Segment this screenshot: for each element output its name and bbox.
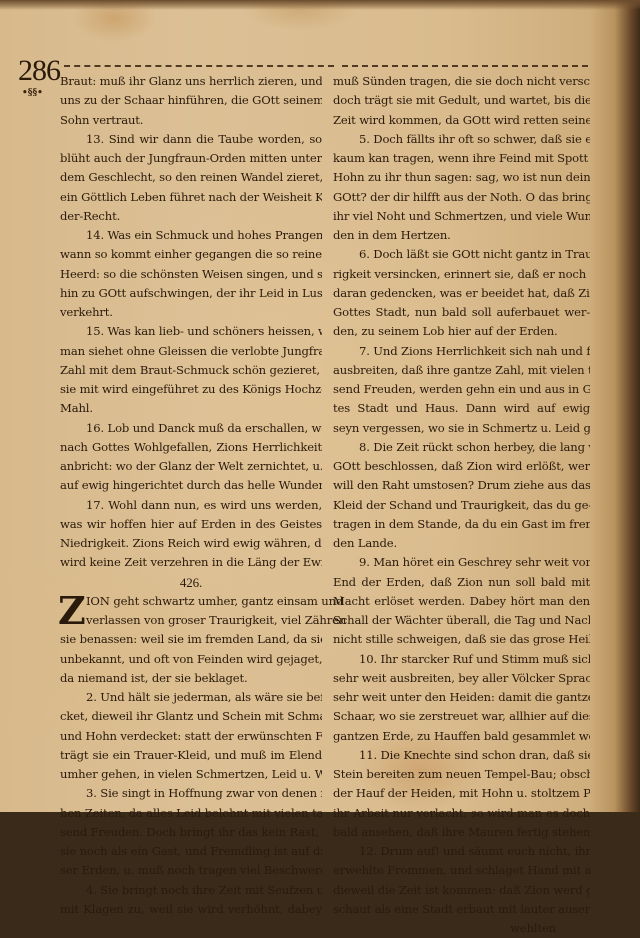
text-line: Hohn zu ihr thun sagen: sag, wo ist nun …: [333, 168, 590, 187]
text-line: da niemand ist, der sie beklaget.: [60, 669, 322, 688]
text-line: hen Zeiten, da alles Leid belohnt mit vi…: [60, 804, 322, 813]
text-line: Zeit wird kommen, da GOtt wird retten se…: [333, 111, 590, 130]
text-line: ein Göttlich Leben führet nach der Weish…: [60, 188, 322, 207]
text-line: auf ewig hingerichtet durch das helle Wu…: [60, 476, 322, 495]
text-line: daran gedencken, was er beeidet hat, daß…: [333, 284, 590, 303]
text-line: Schall der Wächter überall, die Tag und …: [333, 611, 590, 630]
text-line: Niedrigkeit. Zions Reich wird ewig währe…: [60, 534, 322, 553]
text-line: 15. Was kan lieb- und schöners heissen, …: [60, 322, 322, 341]
text-line: dem Geschlecht, so den reinen Wandel zie…: [60, 168, 322, 187]
text-line: wann so kommt einher gegangen die so rei…: [60, 245, 322, 264]
text-line: hin zu GOtt aufschwingen, der ihr Leid i…: [60, 284, 322, 303]
text-line: sie benassen: weil sie im fremden Land, …: [60, 630, 322, 649]
text-line: den in dem Hertzen.: [333, 226, 590, 245]
text-line: 2. Und hält sie jederman, als wäre sie b…: [60, 688, 322, 707]
dropcap-line-1: Z ION geht schwartz umher, gantz einsam …: [60, 592, 322, 611]
text-line: 3. Sie singt in Hoffnung zwar von denen …: [60, 784, 322, 803]
text-line: Stein bereiten zum neuen Tempel-Bau; obs…: [333, 765, 590, 784]
text-line: uns zu der Schaar hinführen, die GOtt se…: [60, 91, 322, 110]
text-line: Heerd: so die schönsten Weisen singen, u…: [60, 265, 322, 284]
text-line: GOtt beschlossen, daß Zion wird erlößt, …: [333, 457, 590, 476]
text-line: 14. Was ein Schmuck und hohes Prangen,: [60, 226, 322, 245]
text-line: und Hohn verdecket: statt der erwünschte…: [60, 727, 322, 746]
text-line: blüht auch der Jungfraun-Orden mitten un…: [60, 149, 322, 168]
text-line: doch trägt sie mit Gedult, und wartet, b…: [333, 91, 590, 110]
right-column: muß Sünden tragen, die sie doch nicht ve…: [333, 72, 590, 812]
text-line: den, zu seinem Lob hier auf der Erden.: [333, 322, 590, 341]
text-line: ihr Arbeit nur verlacht: so wird man es …: [333, 804, 590, 813]
text-line: Kleid der Schand und Traurigkeit, das du…: [333, 496, 590, 515]
text-line: Braut: muß ihr Glanz uns herrlich zieren…: [60, 72, 322, 91]
text-line: 11. Die Knechte sind schon dran, daß sie…: [333, 746, 590, 765]
text-line: 7. Und Zions Herrlichkeit sich nah und f…: [333, 342, 590, 361]
header-rule-right: [342, 65, 588, 67]
text-line: Macht erlöset werden. Dabey hört man den: [333, 592, 590, 611]
text-line: sehr weit ausbreiten, bey aller Völcker …: [333, 669, 590, 688]
text-line: kaum kan tragen, wenn ihre Feind mit Spo…: [333, 149, 590, 168]
text-line: Sohn vertraut.: [60, 111, 322, 130]
text-line: 5. Doch fällts ihr oft so schwer, daß si…: [333, 130, 590, 149]
text-line: unbekannt, und oft von Feinden wird geja…: [60, 650, 322, 669]
text-line: Zahl mit dem Braut-Schmuck schön geziere…: [60, 361, 322, 380]
header-rule-left: [64, 65, 334, 67]
page-top-shadow: [0, 0, 640, 10]
text-line: will den Raht umstosen? Drum ziehe aus d…: [333, 476, 590, 495]
text-line: 9. Man höret ein Geschrey sehr weit vom: [333, 553, 590, 572]
text-line: sehr weit unter den Heiden: damit die ga…: [333, 688, 590, 707]
text-line: sie mit wird eingeführet zu des Königs H…: [60, 380, 322, 399]
text-line: anbricht: wo der Glanz der Welt zernicht…: [60, 457, 322, 476]
left-column: Braut: muß ihr Glanz uns herrlich zieren…: [60, 72, 322, 812]
text-line: der Hauf der Heiden, mit Hohn u. stoltze…: [333, 784, 590, 803]
text-line: seyn vergessen, wo sie in Schmertz u. Le…: [333, 419, 590, 438]
text-line: muß Sünden tragen, die sie doch nicht ve…: [333, 72, 590, 91]
text-line: Schaar, wo sie zerstreuet war, allhier a…: [333, 707, 590, 726]
text-line: 8. Die Zeit rückt schon herbey, die lang…: [333, 438, 590, 457]
text-line: 17. Wohl dann nun, es wird uns werden,: [60, 496, 322, 515]
text-line: GOtt? der dir hilfft aus der Noth. O das…: [333, 188, 590, 207]
text-line: man siehet ohne Gleissen die verlobte Ju…: [60, 342, 322, 361]
text-line: umher gehen, in vielen Schmertzen, Leid …: [60, 765, 322, 784]
text-line: gantzen Erde, zu Hauffen bald gesammlet …: [333, 727, 590, 746]
hymn-number: 426.: [60, 573, 322, 592]
text-line: send Freuden, werden gehn ein und aus in…: [333, 380, 590, 399]
text-line: tragen in dem Stande, da du ein Gast im …: [333, 515, 590, 534]
text-line: 13. Sind wir dann die Taube worden, so: [60, 130, 322, 149]
text-line: rigkeit versincken, erinnert sie, daß er…: [333, 265, 590, 284]
left-column-top-text: Braut: muß ihr Glanz uns herrlich zieren…: [60, 72, 322, 573]
text-line: 16. Lob und Danck muß da erschallen, wo,: [60, 419, 322, 438]
text-line: tes Stadt und Haus. Dann wird auf ewig: [333, 399, 590, 418]
text-line: der-Recht.: [60, 207, 322, 226]
dropcap-line-2: verlassen von groser Traurigkeit, viel Z…: [60, 611, 322, 630]
dropcap-line-text: verlassen von groser Traurigkeit, viel Z…: [86, 613, 346, 627]
text-line: Mahl.: [60, 399, 322, 418]
text-line: Gottes Stadt, nun bald soll auferbauet w…: [333, 303, 590, 322]
text-line: End der Erden, daß Zion nun soll bald mi…: [333, 573, 590, 592]
page-number: 286: [18, 56, 60, 86]
text-line: nach Gottes Wohlgefallen, Zions Herrlich…: [60, 438, 322, 457]
text-line: was wir hoffen hier auf Erden in des Gei…: [60, 515, 322, 534]
right-column-text: muß Sünden tragen, die sie doch nicht ve…: [333, 72, 590, 812]
left-column-bottom-text: sie benassen: weil sie im fremden Land, …: [60, 630, 322, 812]
text-line: nicht stille schweigen, daß sie das gros…: [333, 630, 590, 649]
dropcap-line-text: ION geht schwartz umher, gantz einsam un…: [86, 594, 343, 608]
text-line: den Lande.: [333, 534, 590, 553]
text-line: ausbreiten, daß ihre gantze Zahl, mit vi…: [333, 361, 590, 380]
text-line: 6. Doch läßt sie GOtt nicht gantz in Tra…: [333, 245, 590, 264]
text-line: verkehrt.: [60, 303, 322, 322]
text-line: ihr viel Noht und Schmertzen, und viele …: [333, 207, 590, 226]
signature-mark: •§§•: [22, 88, 43, 98]
text-line: trägt sie ein Trauer-Kleid, und muß im E…: [60, 746, 322, 765]
text-line: 10. Ihr starcker Ruf und Stimm muß sich: [333, 650, 590, 669]
text-line: cket, dieweil ihr Glantz und Schein mit …: [60, 707, 322, 726]
text-line: wird keine Zeit verzehren in die Läng de…: [60, 553, 322, 572]
book-page: 286 •§§• Braut: muß ihr Glanz uns herrli…: [0, 0, 640, 812]
